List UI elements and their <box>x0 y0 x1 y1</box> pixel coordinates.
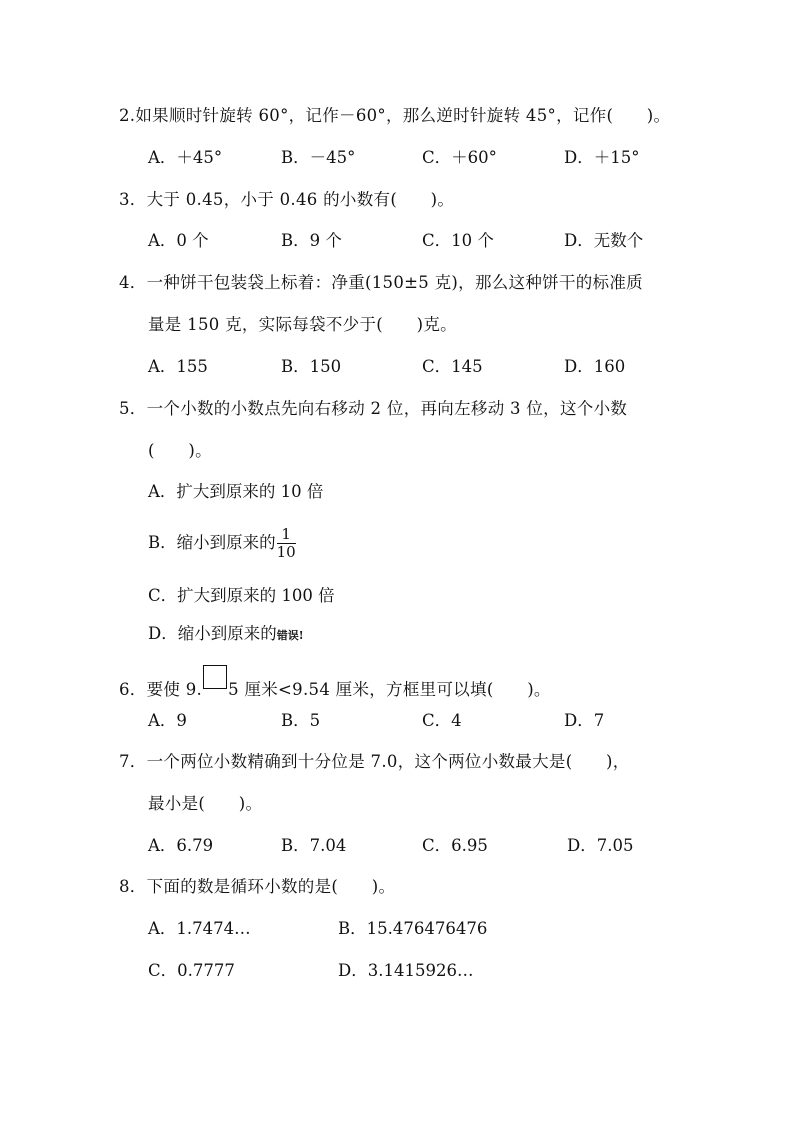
option-d[interactable]: D．无数个 <box>564 231 643 251</box>
option-b[interactable]: B．7.04 <box>281 836 346 856</box>
question-8-stem: 8．下面的数是循环小数的是( )。 <box>119 877 395 897</box>
error-text: 错误! <box>277 629 304 642</box>
question-text: 一个小数的小数点先向右移动 2 位，再向左移动 3 位，这个小数 <box>147 399 628 418</box>
option-b[interactable]: B．5 <box>281 711 320 731</box>
question-number: 3． <box>119 190 147 209</box>
option-b[interactable]: B．－45° <box>281 148 355 168</box>
question-number: 7． <box>119 752 147 771</box>
question-number: 2. <box>119 106 135 125</box>
option-a[interactable]: A．扩大到原来的 10 倍 <box>148 482 323 502</box>
question-number: 4． <box>119 273 147 292</box>
question-4-stem-line-2: 量是 150 克，实际每袋不少于( )克。 <box>148 315 457 335</box>
option-c[interactable]: C．扩大到原来的 100 倍 <box>148 586 335 606</box>
option-a[interactable]: A．0 个 <box>148 231 209 251</box>
question-text: 如果顺时针旋转 60°，记作－60°，那么逆时针旋转 45°，记作( )。 <box>135 106 670 125</box>
answer-box[interactable] <box>203 665 227 689</box>
option-c[interactable]: C．0.7777 <box>148 961 235 981</box>
question-text: 下面的数是循环小数的是( )。 <box>147 877 396 896</box>
option-d[interactable]: D．缩小到原来的错误! <box>148 624 304 646</box>
option-a[interactable]: A．1.7474… <box>148 919 251 939</box>
option-a[interactable]: A．9 <box>148 711 187 731</box>
option-d[interactable]: D．7.05 <box>567 836 633 856</box>
question-6-stem: 6．要使 9.5 厘米<9.54 厘米，方框里可以填( )。 <box>119 675 551 700</box>
option-c[interactable]: C．145 <box>422 357 483 377</box>
question-number: 6． <box>119 680 147 699</box>
question-2-stem: 2.如果顺时针旋转 60°，记作－60°，那么逆时针旋转 45°，记作( )。 <box>119 106 670 126</box>
option-a[interactable]: A．155 <box>148 357 208 377</box>
question-7-stem-line-1: 7．一个两位小数精确到十分位是 7.0，这个两位小数最大是( )， <box>119 752 630 772</box>
option-d[interactable]: D．＋15° <box>564 148 639 168</box>
option-b[interactable]: B．9 个 <box>281 231 342 251</box>
question-7-stem-line-2: 最小是( )。 <box>148 794 262 814</box>
option-b[interactable]: B．150 <box>281 357 341 377</box>
question-5-stem-line-1: 5．一个小数的小数点先向右移动 2 位，再向左移动 3 位，这个小数 <box>119 399 627 419</box>
question-text: 一个两位小数精确到十分位是 7.0，这个两位小数最大是( )， <box>147 752 630 771</box>
option-c[interactable]: C．6.95 <box>422 836 488 856</box>
question-text: 大于 0.45，小于 0.46 的小数有( )。 <box>147 190 455 209</box>
option-d[interactable]: D．7 <box>564 711 604 731</box>
fraction: 110 <box>277 526 296 561</box>
option-a[interactable]: A．6.79 <box>148 836 213 856</box>
question-text: 一种饼干包装袋上标着：净重(150±5 克)，那么这种饼干的标准质 <box>147 273 643 292</box>
question-5-stem-line-2: ( )。 <box>148 441 212 461</box>
option-a[interactable]: A．＋45° <box>148 148 222 168</box>
question-number: 5． <box>119 399 147 418</box>
option-c[interactable]: C．＋60° <box>422 148 497 168</box>
question-3-stem: 3．大于 0.45，小于 0.46 的小数有( )。 <box>119 190 454 210</box>
option-c[interactable]: C．4 <box>422 711 462 731</box>
option-d[interactable]: D．3.1415926… <box>338 961 473 981</box>
question-number: 8． <box>119 877 147 896</box>
option-d[interactable]: D．160 <box>564 357 625 377</box>
option-c[interactable]: C．10 个 <box>422 231 494 251</box>
option-b[interactable]: B．15.476476476 <box>338 919 487 939</box>
question-4-stem-line-1: 4．一种饼干包装袋上标着：净重(150±5 克)，那么这种饼干的标准质 <box>119 273 643 293</box>
option-b[interactable]: B．缩小到原来的110 <box>148 526 296 561</box>
